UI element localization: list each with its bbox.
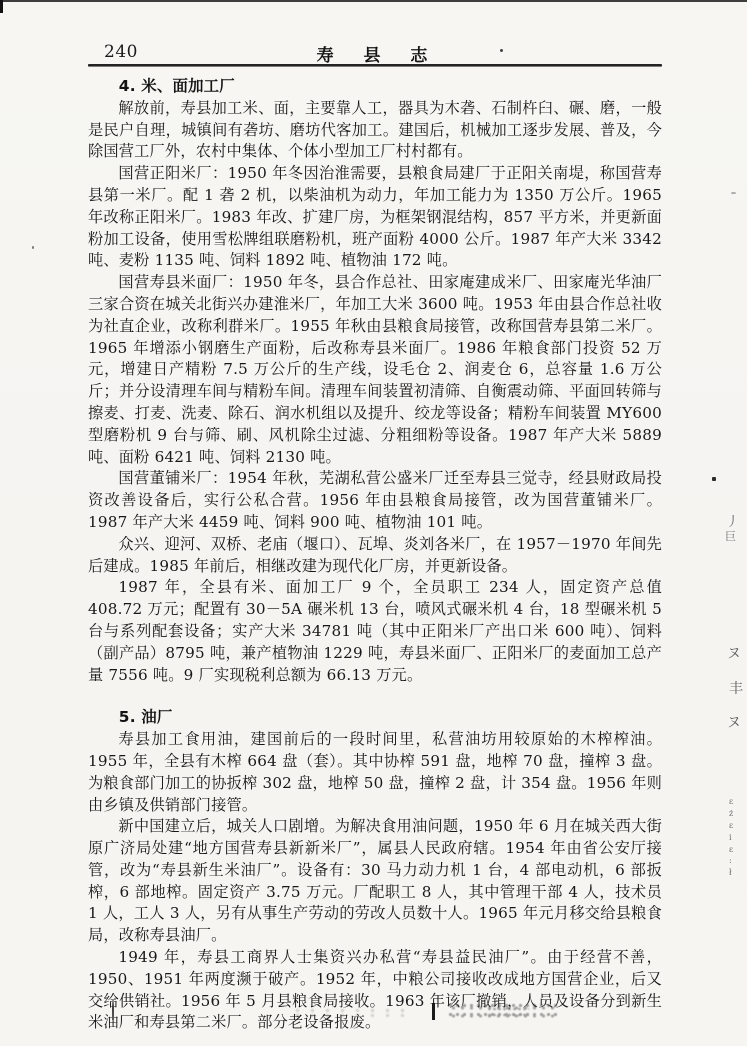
ink-speck bbox=[712, 477, 716, 481]
page-bleed-mark: 丰 bbox=[729, 682, 743, 696]
section-heading-oil-mill: 5. 油厂 bbox=[88, 707, 662, 729]
page-bleed-micro-mark: ł bbox=[729, 869, 732, 877]
scan-smudge bbox=[449, 1004, 559, 1021]
header-rule bbox=[88, 64, 662, 67]
page-bleed-mark: 丿 bbox=[726, 516, 739, 529]
page-header: 240 寿 县 志 bbox=[88, 41, 662, 61]
section-rice-flour-processing: 4. 米、面加工厂 解放前，寿县加工米、面，主要靠人工，器具为木砻、石制杵臼、碾… bbox=[88, 76, 662, 686]
paragraph-shouxian-rice-flour-mill: 国营寿县米面厂：1950 年冬，县合作总社、田家庵建成米厂、田家庵光华油厂三家合… bbox=[88, 272, 662, 468]
scan-tick-mark bbox=[432, 1003, 435, 1020]
page-bleed-mark: ヌ bbox=[727, 716, 741, 730]
ink-speck bbox=[32, 246, 34, 249]
paragraph-wooden-press: 寿县加工食用油，建国前后的一段时间里，私营油坊用较原始的木榨榨油。1955 年，… bbox=[88, 729, 662, 816]
section-heading-rice-flour: 4. 米、面加工厂 bbox=[88, 76, 662, 98]
section-oil-mill: 5. 油厂 寿县加工食用油，建国前后的一段时间里，私营油坊用较原始的木榨榨油。1… bbox=[88, 707, 662, 1034]
scan-corner-streak bbox=[0, 0, 3, 13]
scan-top-edge bbox=[0, 0, 747, 2]
ink-speck bbox=[500, 49, 503, 52]
page-bleed-mark: ヌ bbox=[727, 647, 741, 661]
page-bleed-micro-mark: ż bbox=[729, 810, 733, 818]
paragraph-1987-summary: 1987 年，全县有米、面加工厂 9 个，全员职工 234 人，固定资产总值 4… bbox=[88, 577, 662, 686]
ink-speck bbox=[731, 192, 736, 194]
page-bleed-micro-mark: ε bbox=[729, 798, 733, 806]
page-bleed-micro-mark: i bbox=[729, 834, 732, 842]
paragraph-dongpu-rice-mill: 国营董铺米厂：1954 年秋，芜湖私营公盛米厂迁至寿县三觉寺，经县财政局投资改善… bbox=[88, 468, 662, 533]
page-content: 4. 米、面加工厂 解放前，寿县加工米、面，主要靠人工，器具为木砻、石制杵臼、碾… bbox=[88, 76, 662, 1034]
paragraph-township-mills: 众兴、迎河、双桥、老庙（堰口）、瓦埠、炎刘各米厂，在 1957－1970 年间先… bbox=[88, 534, 662, 578]
page-bleed-mark: 巨 bbox=[725, 531, 736, 542]
page-bleed-micro-mark: ε bbox=[729, 846, 733, 854]
scan-smudge bbox=[290, 1008, 415, 1017]
paragraph-overview: 解放前，寿县加工米、面，主要靠人工，器具为木砻、石制杵臼、碾、磨，一般是民户自理… bbox=[88, 98, 662, 163]
book-page: 240 寿 县 志 4. 米、面加工厂 解放前，寿县加工米、面，主要靠人工，器具… bbox=[0, 0, 747, 1046]
paragraph-xinsheng-rice-oil-mill: 新中国建立后，城关人口剧增。为解决食用油问题，1950 年 6 月在城关西大街原… bbox=[88, 816, 662, 947]
page-bleed-micro-mark: ε bbox=[729, 822, 733, 830]
paragraph-yimin-oil-mill: 1949 年，寿县工商界人士集资兴办私营“寿县益民油厂”。由于经营不善，1950… bbox=[88, 947, 662, 1034]
paragraph-zhengyang-rice-mill: 国营正阳米厂：1950 年冬因治淮需要，县粮食局建厂于正阳关南堤，称国营寿县第一… bbox=[88, 163, 662, 272]
page-bleed-micro-mark: : bbox=[729, 857, 732, 865]
scan-tick-mark bbox=[112, 1000, 114, 1020]
book-title: 寿 县 志 bbox=[88, 41, 662, 66]
